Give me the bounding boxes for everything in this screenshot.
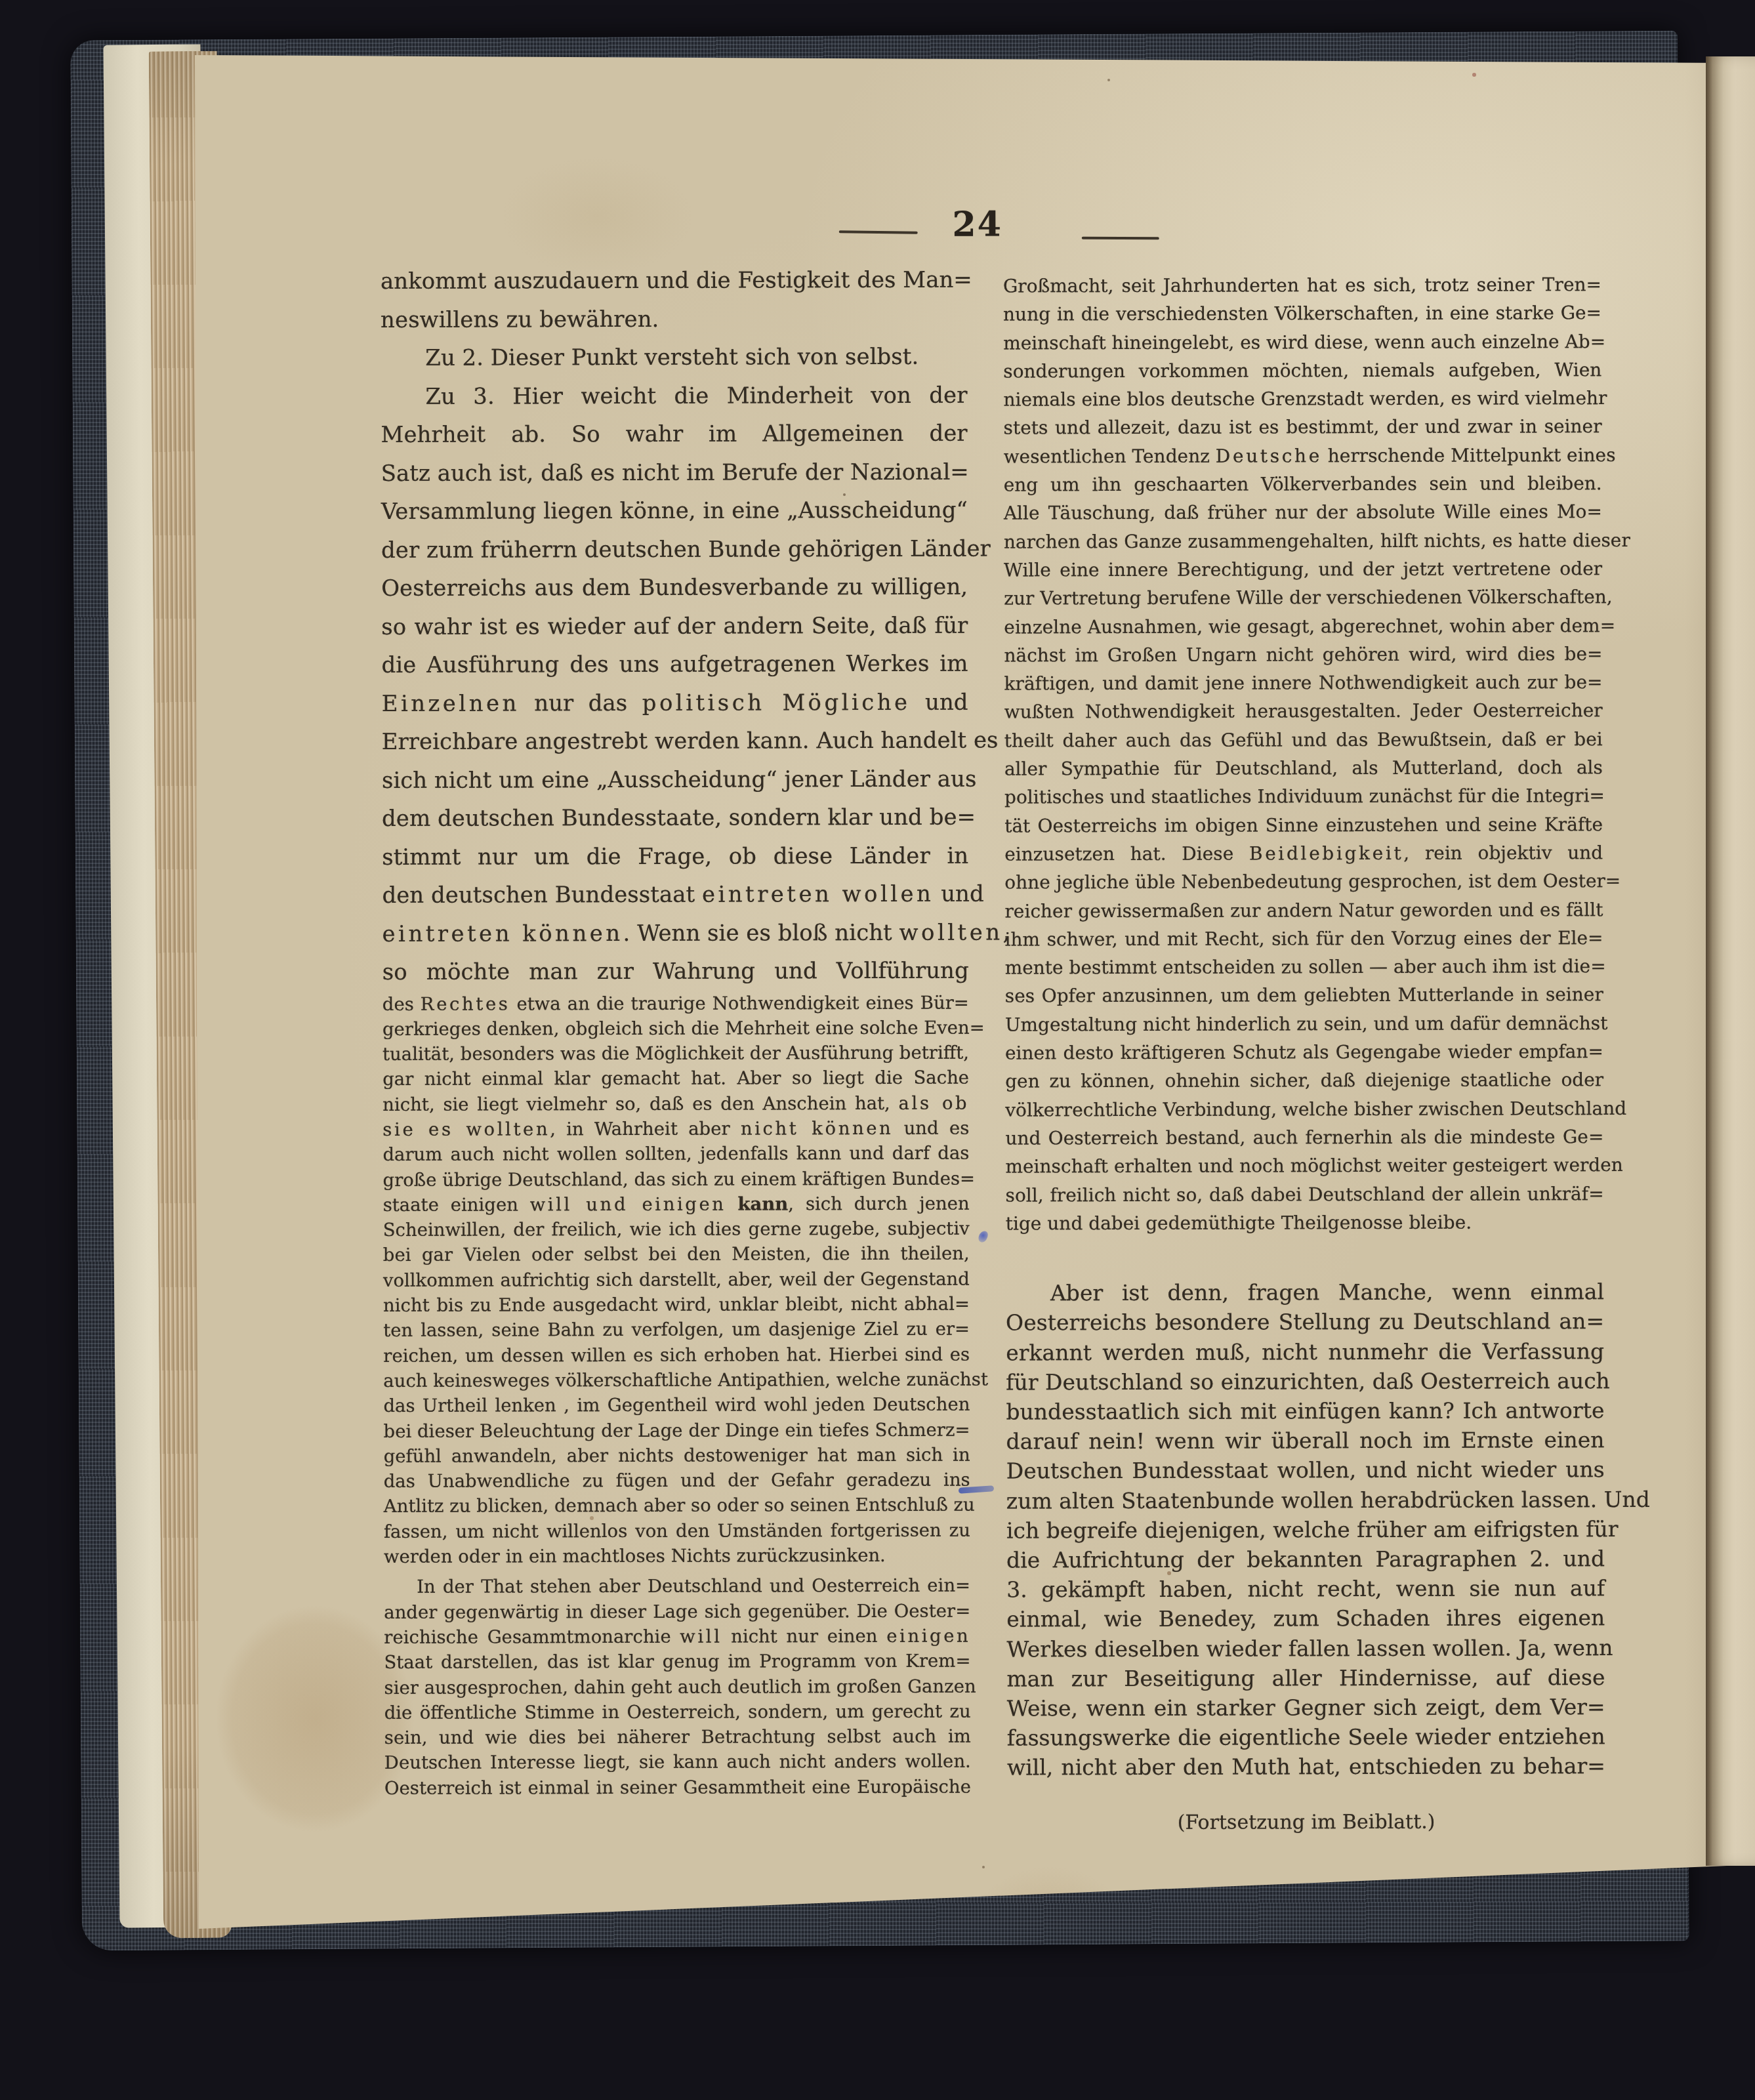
text-line: das Urtheil lenken , im Gegentheil wird … [383, 1392, 970, 1419]
text-line: ihm schwer, und mit Recht, sich für den … [1005, 924, 1603, 954]
text-line: mente bestimmt entscheiden zu sollen — a… [1005, 952, 1603, 982]
text-line: die Ausführung des uns aufgetragenen Wer… [381, 645, 968, 685]
text-line: werden oder in ein machtloses Nichts zur… [384, 1543, 970, 1570]
text-line: bei dieser Beleuchtung der Lage der Ding… [383, 1417, 970, 1444]
text-line: Satz auch ist, daß es nicht im Berufe de… [381, 453, 968, 493]
text-line: darauf nein! wenn wir überall noch im Er… [1006, 1425, 1605, 1456]
header-rule-right [1082, 237, 1159, 240]
text-line: sein, und wie dies bei näherer Betrachtu… [384, 1724, 971, 1751]
text-line: 3. gekämpft haben, nicht recht, wenn sie… [1006, 1573, 1605, 1605]
text-line: der zum früherrn deutschen Bunde gehörig… [381, 529, 968, 569]
text-line: einzusetzen hat. Diese Beidlebigkeit, re… [1004, 838, 1603, 869]
text-line: reichen, um dessen willen es sich erhobe… [383, 1342, 970, 1369]
text-line: politisches und staatliches Individuum z… [1004, 781, 1603, 812]
right-column: Großmacht, seit Jahrhunderten hat es sic… [1003, 270, 1605, 1834]
text-line: gerkrieges denken, obgleich sich die Meh… [382, 1015, 969, 1042]
text-line: stets und allezeit, dazu ist es bestimmt… [1003, 413, 1601, 443]
text-line: und Oesterreich bestand, auch fernerhin … [1005, 1122, 1603, 1153]
text-line: fassungswerke die eigentliche Seele wied… [1007, 1721, 1605, 1753]
text-line: reicher gewissermaßen zur andern Natur g… [1004, 896, 1603, 926]
text-line: gar nicht einmal klar gemacht hat. Aber … [382, 1065, 969, 1092]
text-line: dem deutschen Bundesstaate, sondern klar… [382, 798, 968, 838]
text-line: Scheinwillen, der freilich, wie ich dies… [383, 1216, 970, 1243]
text-line: ankommt auszudauern und die Festigkeit d… [381, 261, 967, 301]
text-line: die Aufrichtung der bekannten Paragraphe… [1006, 1544, 1605, 1575]
text-line: narchen das Ganze zusammengehalten, hilf… [1004, 526, 1602, 556]
continuation-note: (Fortsetzung im Beiblatt.) [1007, 1810, 1605, 1834]
header-rule-left [839, 230, 918, 234]
text-line: Versammlung liegen könne, in eine „Aussc… [381, 491, 968, 531]
text-line: nicht, sie liegt vielmehr so, daß es den… [382, 1090, 969, 1117]
text-line: Oesterreich ist einmal in seiner Gesammt… [384, 1774, 971, 1801]
text-line: für Deutschland so einzurichten, daß Oes… [1006, 1366, 1604, 1397]
text-line: Erreichbare angestrebt werden kann. Auch… [382, 722, 968, 762]
text-line: große übrige Deutschland, das sich zu ei… [382, 1166, 969, 1193]
text-line: Mehrheit ab. So wahr im Allgemeinen der [381, 415, 967, 455]
text-line: aller Sympathie für Deutschland, als Mut… [1004, 753, 1603, 783]
text-line: einen desto kräftigeren Schutz als Gegen… [1005, 1037, 1603, 1067]
text-line: tät Oesterreichs im obigen Sinne einzust… [1004, 810, 1603, 840]
text-line: auch keinesweges völkerschaftliche Antip… [383, 1367, 970, 1394]
text-line: wesentlichen Tendenz Deutsche herrschend… [1004, 441, 1602, 471]
text-line: nung in die verschiedensten Völkerschaft… [1003, 299, 1601, 329]
text-line: staate einigen will und einigen kann, si… [383, 1191, 970, 1218]
text-line: völkerrechtliche Verbindung, welche bish… [1005, 1094, 1603, 1124]
text-line: Einzelnen nur das politisch Mögliche und [382, 683, 968, 723]
text-line: zur Vertretung berufene Wille der versch… [1004, 583, 1602, 613]
text-line: des Rechtes etwa an die traurige Nothwen… [382, 990, 969, 1017]
text-line: niemals eine blos deutsche Grenzstadt we… [1003, 384, 1601, 414]
text-line: Weise, wenn ein starker Gegner sich zeig… [1007, 1692, 1605, 1723]
text-line: ses Opfer anzusinnen, um dem geliebten M… [1005, 981, 1603, 1011]
left-column: ankommt auszudauern und die Festigkeit d… [381, 261, 971, 1801]
text-line: erkannt werden muß, nicht nunmehr die Ve… [1006, 1336, 1604, 1368]
text-line: bundesstaatlich sich mit einfügen kann? … [1006, 1395, 1604, 1427]
text-line: vollkommen aufrichtig sich darstellt, ab… [383, 1266, 970, 1293]
text-line: ten lassen, seine Bahn zu verfolgen, um … [383, 1317, 970, 1344]
text-line: sonderungen vorkommen möchten, niemals a… [1003, 356, 1601, 386]
text-line: ander gegenwärtig in dieser Lage sich ge… [384, 1598, 970, 1625]
text-line: zum alten Staatenbunde wollen herabdrück… [1006, 1485, 1605, 1516]
text-line: nächst im Großen Ungarn nicht gehören wi… [1004, 640, 1602, 670]
text-line: Aber ist denn, fragen Manche, wenn einma… [1006, 1277, 1604, 1308]
text-line: In der That stehen aber Deutschland und … [384, 1573, 970, 1600]
text-line: neswillens zu bewähren. [381, 299, 967, 339]
text-line: meinschaft hineingelebt, es wird diese, … [1003, 327, 1601, 358]
text-line: darum auch nicht wollen sollten, jedenfa… [382, 1141, 969, 1168]
text-line: nicht bis zu Ende ausgedacht wird, unkla… [383, 1292, 970, 1319]
text-line: die öffentliche Stimme in Oesterreich, s… [384, 1699, 971, 1725]
text-block: In der That stehen aber Deutschland und … [384, 1573, 971, 1801]
text-block: Aber ist denn, fragen Manche, wenn einma… [1006, 1277, 1605, 1782]
printed-page-content: 24 ankommt auszudauern und die Festigkei… [0, 0, 1755, 2100]
text-line: Staat darstellen, das ist klar genug im … [384, 1649, 970, 1676]
text-line: einzelne Ausnahmen, wie gesagt, abgerech… [1004, 611, 1602, 642]
text-line: den deutschen Bundesstaat eintreten woll… [382, 875, 968, 915]
text-line: sie es wollten, in Wahrheit aber nicht k… [382, 1116, 969, 1143]
text-line: theilt daher auch das Gefühl und das Bew… [1004, 725, 1603, 755]
text-line: gefühl anwandeln, aber nichts destowenig… [384, 1442, 970, 1469]
text-line: sier ausgesprochen, dahin geht auch deut… [384, 1674, 970, 1700]
text-line: Deutschen Interesse liegt, sie kann auch… [384, 1749, 971, 1776]
text-line: will, nicht aber den Muth hat, entschied… [1007, 1751, 1605, 1782]
text-block: Großmacht, seit Jahrhunderten hat es sic… [1003, 270, 1604, 1237]
text-line: Zu 2. Dieser Punkt versteht sich von sel… [381, 338, 967, 378]
text-line: einmal, wie Benedey, zum Schaden ihres e… [1006, 1603, 1605, 1634]
text-line: so wahr ist es wieder auf der andern Sei… [381, 606, 968, 646]
photo-background: 24 ankommt auszudauern und die Festigkei… [0, 0, 1755, 2100]
text-line: eng um ihn geschaarten Völkerverbandes s… [1004, 469, 1602, 499]
text-line: Werkes dieselben wieder fallen lassen wo… [1006, 1633, 1605, 1664]
page-number: 24 [941, 204, 1014, 244]
text-line: gen zu können, ohnehin sicher, daß dieje… [1005, 1065, 1603, 1096]
text-line: das Unabwendliche zu fügen und der Gefah… [384, 1468, 970, 1494]
text-line: sich nicht um eine „Ausscheidung“ jener … [382, 760, 968, 800]
text-line: ich begreife diejenigen, welche früher a… [1006, 1514, 1605, 1546]
text-line: soll, freilich nicht so, daß dabei Deuts… [1006, 1180, 1604, 1210]
text-line: man zur Beseitigung aller Hindernisse, a… [1006, 1662, 1605, 1694]
text-line: Umgestaltung nicht hinderlich zu sein, u… [1005, 1009, 1603, 1039]
text-line: Oesterreichs besondere Stellung zu Deuts… [1006, 1306, 1604, 1338]
text-line: reichische Gesammtmonarchie will nicht n… [384, 1624, 970, 1651]
text-line: Alle Täuschung, daß früher nur der absol… [1004, 497, 1602, 527]
text-line: Großmacht, seit Jahrhunderten hat es sic… [1003, 270, 1601, 300]
text-line: ohne jegliche üble Nebenbedeutung gespro… [1004, 867, 1603, 897]
text-line: meinschaft erhalten und noch möglichst w… [1005, 1151, 1603, 1181]
text-line: wußten Nothwendigkeit herausgestalten. J… [1004, 697, 1603, 727]
text-line: Antlitz zu blicken, demnach aber so oder… [384, 1493, 970, 1519]
text-line: Wille eine innere Berechtigung, und der … [1004, 554, 1602, 585]
text-line: so möchte man zur Wahrung und Vollführun… [382, 952, 969, 992]
text-block: des Rechtes etwa an die traurige Nothwen… [382, 990, 970, 1569]
text-line: bei gar Vielen oder selbst bei den Meist… [383, 1241, 970, 1268]
text-line: Deutschen Bundesstaat wollen, und nicht … [1006, 1454, 1605, 1486]
text-line: kräftigen, und damit jene innere Nothwen… [1004, 668, 1602, 698]
text-line: stimmt nur um die Frage, ob diese Länder… [382, 836, 968, 876]
text-block: ankommt auszudauern und die Festigkeit d… [381, 261, 969, 992]
text-line: fassen, um nicht willenlos von den Umstä… [384, 1517, 970, 1544]
text-line: Oesterreichs aus dem Bundesverbande zu w… [381, 568, 968, 608]
text-line: Zu 3. Hier weicht die Minderheit von der [381, 376, 967, 416]
text-line: tige und dabei gedemüthigte Theilgenosse… [1006, 1208, 1604, 1238]
text-line: tualität, besonders was die Möglichkeit … [382, 1040, 969, 1067]
text-line: eintreten können. Wenn sie es bloß nicht… [382, 913, 968, 953]
